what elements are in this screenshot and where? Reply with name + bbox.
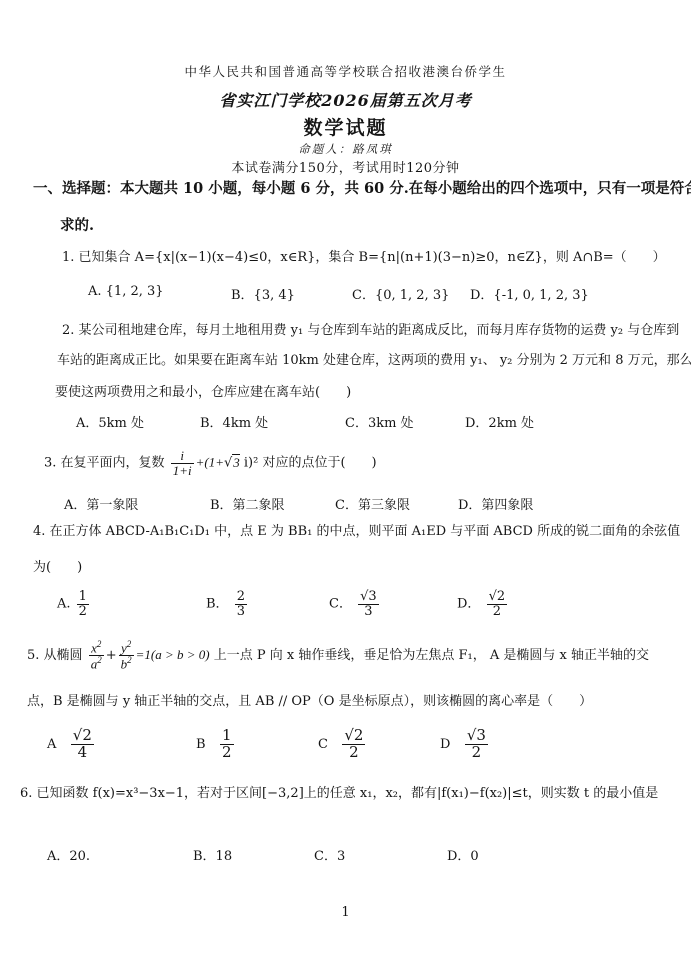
fraction: 12 (220, 728, 234, 761)
q6-option-d: D．0 (447, 845, 479, 864)
question-6: 6. 已知函数 f(x)=x³−3x−1，若对于区间[−3,2]上的任意 x₁，… (20, 782, 658, 801)
q1-option-b: B．{3, 4} (231, 284, 295, 303)
question-2-line3: 要使这两项费用之和最小，仓库应建在离车站( ) (55, 381, 351, 400)
question-number: 3. (44, 456, 56, 471)
q3-option-c: C．第三象限 (335, 494, 410, 513)
fraction: √33 (358, 590, 379, 618)
q5-option-c: C √22 (318, 728, 367, 761)
page-number: 1 (0, 905, 691, 920)
question-3: 3. 在复平面内，复数 i 1+i +(1+√3 i)² 对应的点位于( ) (44, 449, 377, 477)
q4-option-c: C． √33 (329, 590, 381, 618)
q5-option-a: A √24 (47, 728, 96, 761)
exam-header-line1: 中华人民共和国普通高等学校联合招收港澳台侨学生 (0, 62, 691, 80)
q4-option-b: B． 23 (206, 590, 249, 618)
question-stem: 从椭圆 (44, 648, 83, 663)
exam-author: 命题人：路凤琪 (0, 141, 691, 157)
question-number: 2. (62, 323, 74, 338)
question-stem: 在复平面内，复数 (61, 456, 165, 471)
question-1: 1. 已知集合 A={x|(x−1)(x−4)≤0，x∈R}，集合 B={n|(… (62, 246, 666, 265)
question-stem: 已知集合 A={x|(x−1)(x−4)≤0，x∈R}，集合 B={n|(n+1… (79, 250, 666, 265)
q1-option-c: C．{0, 1, 2, 3} (352, 284, 449, 303)
q2-option-a: A．5km 处 (76, 412, 144, 431)
question-stem: 已知函数 f(x)=x³−3x−1，若对于区间[−3,2]上的任意 x₁，x₂，… (37, 786, 659, 801)
fraction-y2-b2: y2b2 (119, 640, 134, 671)
q2-option-c: C．3km 处 (345, 412, 414, 431)
fraction: √22 (487, 590, 508, 618)
question-number: 6. (20, 786, 32, 801)
exam-subject-title: 数学试题 (0, 113, 691, 140)
question-stem: 某公司租地建仓库，每月土地租用费 y₁ 与仓库到车站的距离成反比，而每月库存货物… (79, 323, 680, 338)
question-number: 4. (33, 524, 45, 539)
q5-option-b: B 12 (196, 728, 236, 761)
question-number: 5. (27, 648, 39, 663)
section-heading-line2: 求的. (60, 214, 94, 235)
q4-option-d: D． √22 (457, 590, 509, 618)
question-stem: 在正方体 ABCD-A₁B₁C₁D₁ 中，点 E 为 BB₁ 的中点，则平面 A… (50, 524, 681, 539)
question-4-line1: 4. 在正方体 ABCD-A₁B₁C₁D₁ 中，点 E 为 BB₁ 的中点，则平… (33, 520, 680, 539)
fraction: i 1+i (171, 449, 194, 477)
q4-option-a: A. 12 (57, 590, 91, 618)
q6-option-c: C．3 (314, 845, 345, 864)
fraction: 23 (235, 590, 247, 618)
q2-option-d: D．2km 处 (465, 412, 534, 431)
fraction: √24 (71, 728, 94, 761)
fraction: √22 (342, 728, 365, 761)
question-4-line2: 为( ) (33, 556, 82, 575)
q3-option-b: B．第二象限 (210, 494, 285, 513)
exam-info: 本试卷满分150分，考试用时120分钟 (0, 157, 691, 176)
q6-option-a: A．20. (47, 845, 90, 864)
q5-option-d: D √32 (440, 728, 490, 761)
fraction: √32 (465, 728, 488, 761)
q3-option-d: D．第四象限 (458, 494, 533, 513)
question-5-line1: 5. 从椭圆 x2a2+y2b2=1(a > b > 0) 上一点 P 向 x … (27, 640, 649, 671)
q2-option-b: B．4km 处 (200, 412, 268, 431)
question-number: 1. (62, 250, 74, 265)
q6-option-b: B．18 (193, 845, 232, 864)
section-heading-line1: 一、选择题：本大题共 10 小题，每小题 6 分，共 60 分.在每小题给出的四… (33, 177, 691, 198)
question-2-line1: 2. 某公司租地建仓库，每月土地租用费 y₁ 与仓库到车站的距离成反比，而每月库… (62, 319, 679, 338)
q1-option-d: D．{-1, 0, 1, 2, 3} (470, 284, 589, 303)
q1-option-a: A. {1, 2, 3} (88, 284, 164, 299)
question-5-line2: 点，B 是椭圆与 y 轴正半轴的交点，且 AB // OP（O 是坐标原点），则… (27, 690, 592, 709)
fraction-x2-a2: x2a2 (89, 640, 104, 671)
question-2-line2: 车站的距离成正比。如果要在距离车站 10km 处建仓库，这两项的费用 y₁、 y… (57, 349, 691, 368)
fraction: 12 (77, 590, 89, 618)
exam-school-title: 省实江门学校2026届第五次月考 (0, 88, 691, 111)
q3-option-a: A．第一象限 (64, 494, 138, 513)
